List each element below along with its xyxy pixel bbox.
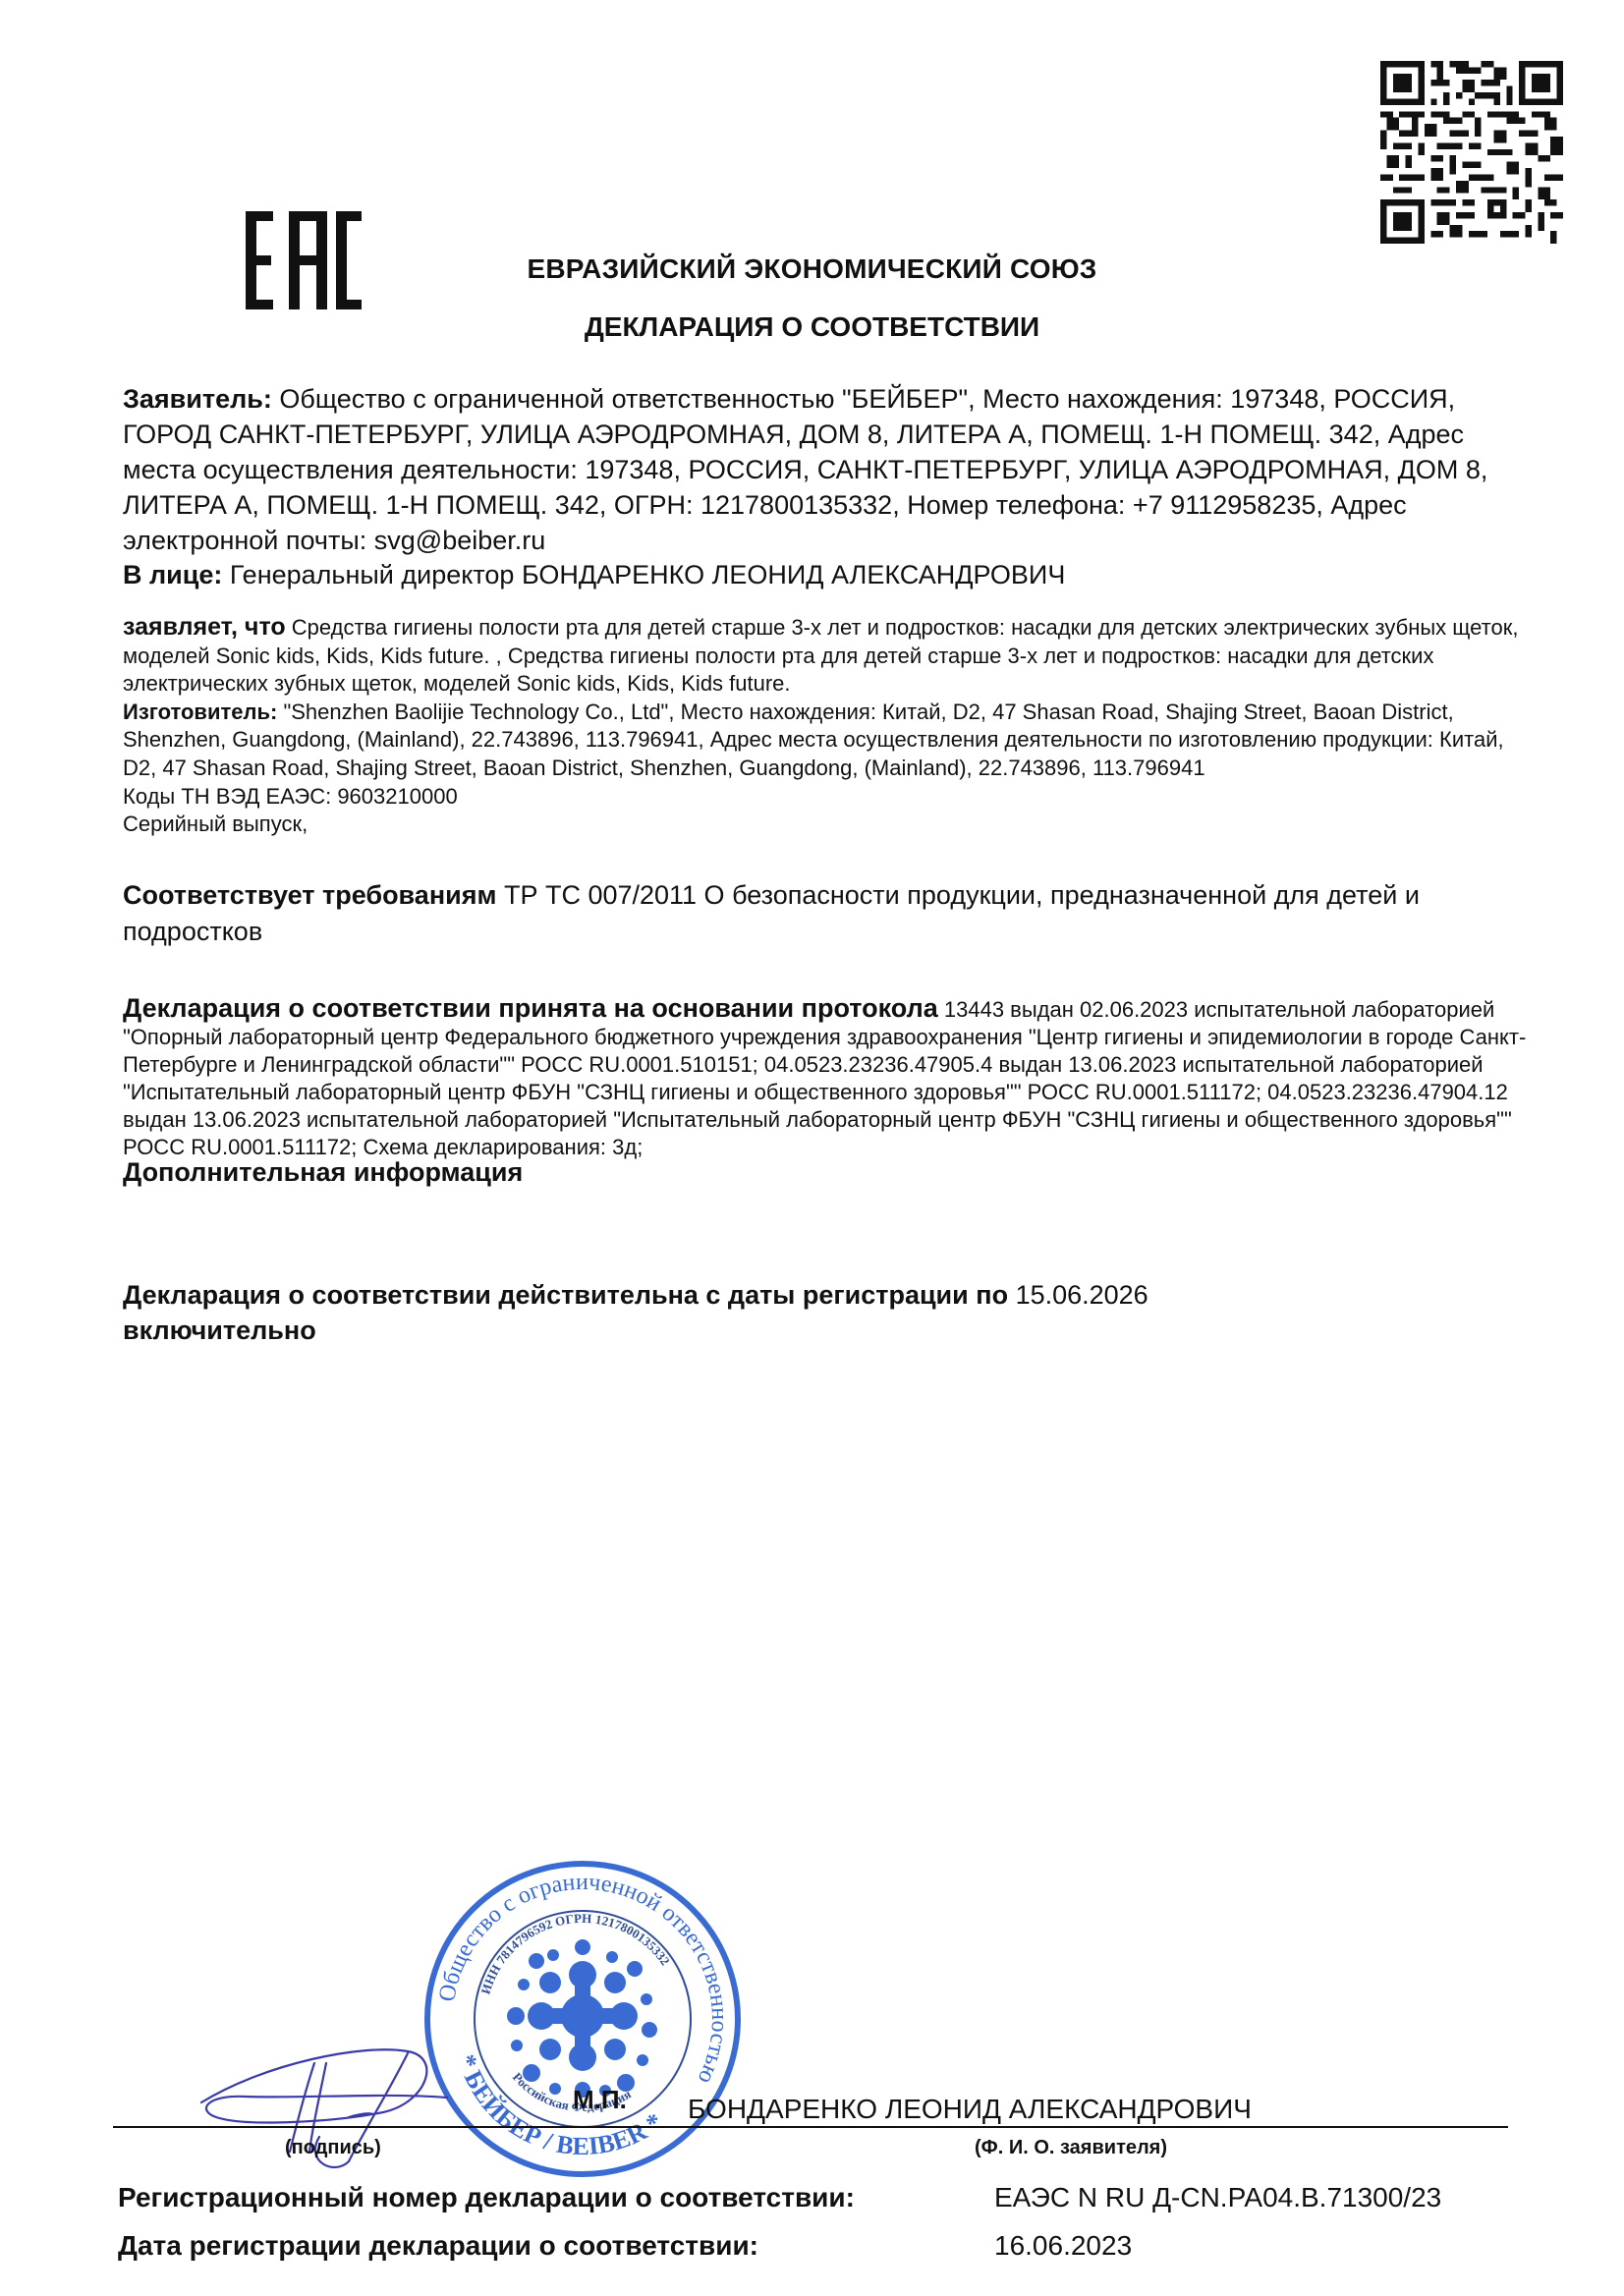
product-description: Средства гигиены полости рта для детей с… <box>123 615 1518 696</box>
protocol-label: Декларация о соответствии принята на осн… <box>123 993 938 1023</box>
signer-name: БОНДАРЕНКО ЛЕОНИД АЛЕКСАНДРОВИЧ <box>688 2094 1252 2125</box>
applicant-section: Заявитель: Общество с ограниченной ответ… <box>123 381 1538 558</box>
validity-date: 15.06.2026 <box>1008 1280 1148 1310</box>
additional-info-heading: Дополнительная информация <box>123 1157 1538 1188</box>
validity-suffix: включительно <box>123 1316 316 1345</box>
conformity-label: Соответствует требованиям <box>123 880 496 910</box>
manufacturer-label: Изготовитель: <box>123 700 277 724</box>
name-caption: (Ф. И. О. заявителя) <box>975 2137 1167 2159</box>
registration-date: 16.06.2023 <box>994 2230 1132 2262</box>
representative-text: Генеральный директор БОНДАРЕНКО ЛЕОНИД А… <box>222 560 1065 589</box>
signature-line <box>113 2126 1508 2128</box>
applicant-text: Общество с ограниченной ответственностью… <box>123 384 1487 555</box>
union-title: ЕВРАЗИЙСКИЙ ЭКОНОМИЧЕСКИЙ СОЮЗ <box>0 253 1624 285</box>
protocol-section: Декларация о соответствии принята на осн… <box>123 994 1538 1161</box>
applicant-label: Заявитель: <box>123 384 272 414</box>
conformity-section: Соответствует требованиям ТР ТС 007/2011… <box>123 877 1538 950</box>
registration-date-label: Дата регистрации декларации о соответств… <box>118 2230 758 2262</box>
production-type: Серийный выпуск, <box>123 812 308 836</box>
tn-ved-code: Коды ТН ВЭД ЕАЭС: 9603210000 <box>123 784 458 809</box>
declaration-section: заявляет, что Средства гигиены полости р… <box>123 613 1538 839</box>
declares-label: заявляет, что <box>123 613 286 641</box>
registration-number: ЕАЭС N RU Д-CN.РА04.В.71300/23 <box>994 2182 1441 2213</box>
representative-label: В лице: <box>123 560 222 589</box>
registration-number-label: Регистрационный номер декларации о соотв… <box>118 2182 855 2213</box>
validity-label: Декларация о соответствии действительна … <box>123 1280 1008 1310</box>
manufacturer-text: "Shenzhen Baolijie Technology Co., Ltd",… <box>123 700 1504 780</box>
representative-section: В лице: Генеральный директор БОНДАРЕНКО … <box>123 557 1538 592</box>
qr-code-icon[interactable] <box>1380 61 1563 244</box>
stamp-placeholder-label: М.П. <box>573 2085 627 2115</box>
document-title: ДЕКЛАРАЦИЯ О СООТВЕТСТВИИ <box>0 311 1624 343</box>
validity-section: Декларация о соответствии действительна … <box>123 1277 1538 1348</box>
signature-caption: (подпись) <box>285 2137 381 2159</box>
